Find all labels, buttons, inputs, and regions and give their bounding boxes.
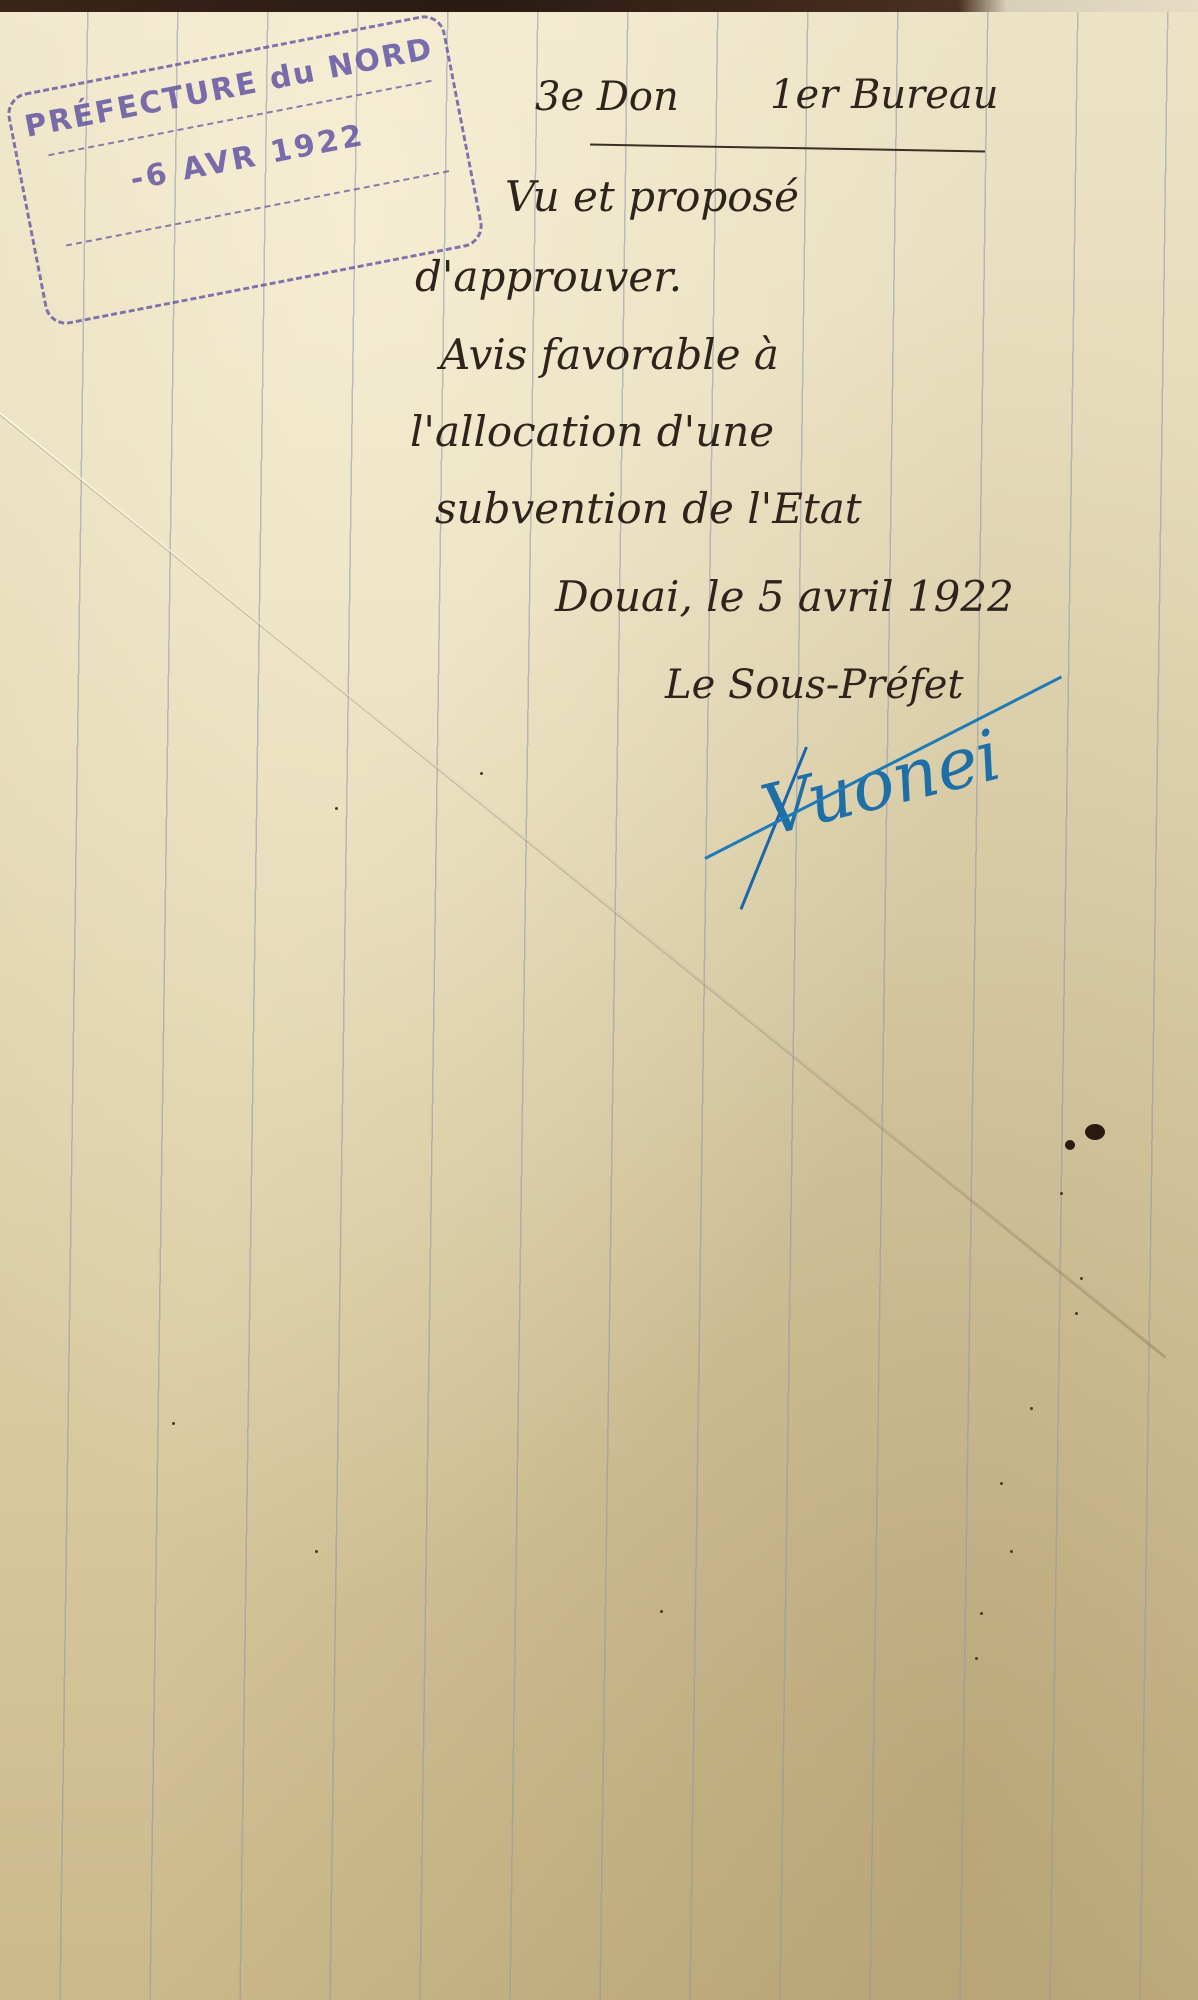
ink-speck — [1080, 1277, 1083, 1280]
header-bureau: 1er Bureau — [770, 72, 999, 118]
place-date: Douai, le 5 avril 1922 — [555, 572, 1014, 621]
ink-stain — [1085, 1124, 1105, 1140]
ink-speck — [975, 1657, 978, 1660]
ink-speck — [980, 1612, 983, 1615]
ink-speck — [1075, 1312, 1078, 1315]
body-line-2: d'approuver. — [415, 252, 682, 301]
body-line-5: subvention de l'Etat — [435, 484, 862, 533]
ink-speck — [335, 807, 338, 810]
ink-stain — [1065, 1140, 1075, 1150]
ink-speck — [172, 1422, 175, 1425]
ink-speck — [1000, 1482, 1003, 1485]
body-line-1: Vu et proposé — [505, 172, 799, 221]
ruled-lines — [0, 12, 1198, 2000]
ink-speck — [480, 772, 483, 775]
ink-speck — [1060, 1192, 1063, 1195]
body-line-3: Avis favorable à — [440, 330, 779, 379]
document-page: PRÉFECTURE du NORD -6 AVR 1922 3e Don 1e… — [0, 12, 1198, 2000]
body-line-4: l'allocation d'une — [410, 407, 774, 456]
ink-speck — [1010, 1550, 1013, 1553]
ink-speck — [660, 1610, 663, 1613]
header-division: 3e Don — [535, 74, 679, 120]
ink-speck — [315, 1550, 318, 1553]
signatory-title: Le Sous-Préfet — [665, 662, 964, 708]
ink-speck — [1030, 1407, 1033, 1410]
